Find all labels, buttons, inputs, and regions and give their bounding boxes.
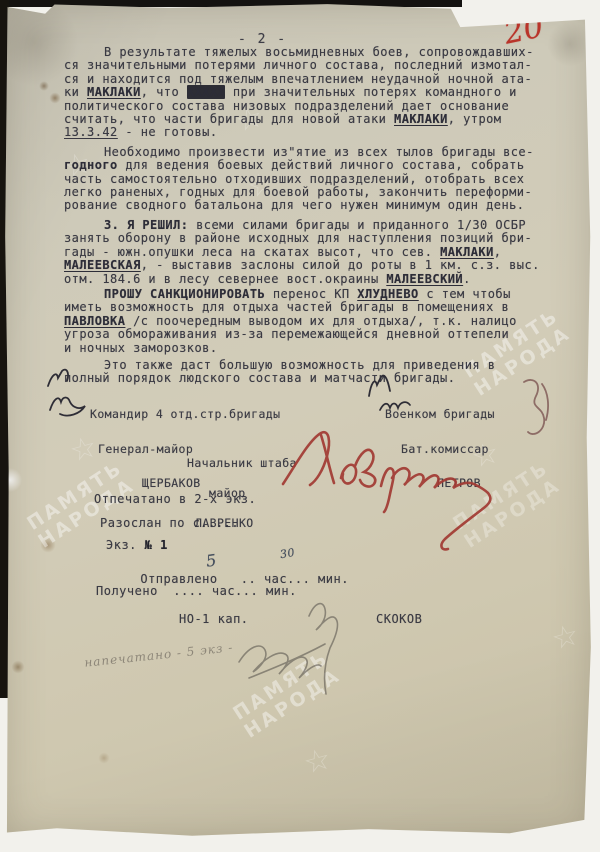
text-segment: рование сводного батальона для чего нуже… [64,198,524,212]
text-segment: , утром [448,112,502,126]
paragraph: 3. Я РЕШИЛ: всеми силами бригады и прида… [64,219,550,286]
text-segment: - не готовы. [118,125,218,139]
paragraph: В результате тяжелых восьмидневных боев,… [64,46,550,140]
typed-line: отм. 184.6 и в лесу севернее вост.окраин… [64,273,550,286]
text-segment: МАКЛАКИ [394,112,448,126]
typed-line: угроза обмораживания из-за перемежающейс… [64,328,550,341]
text-segment: Необходимо произвести из"ятие из всех ты… [104,145,534,159]
received-time-line: Получено .... час... мин. [96,584,297,598]
text-segment: отм. 184.6 и в лесу севернее вост.окраин… [64,272,386,286]
text-segment: угроза обмораживания из-за перемежающейс… [64,327,509,341]
text-segment: при значительных потерях командного и [225,85,517,99]
typed-line: 3. Я РЕШИЛ: всеми силами бригады и прида… [64,219,550,232]
text-segment: МАКЛАКИ [440,245,494,259]
typed-line: политического состава низовых подразделе… [64,100,550,113]
typed-line: МАЛЕЕВСКАЯ, - выставив заслоны силой до … [64,259,550,272]
text-segment: годного [64,158,118,172]
text-segment: МАЛЕЕВСКИЙ [386,272,463,286]
text-segment: /с поочередным выводом их для отдыха/, т… [125,314,516,328]
typed-line: годного для ведения боевых действий личн… [64,159,550,172]
typed-line: легко раненых, годных для боевой работы,… [64,186,550,199]
typed-line: занять оборону в районе исходных для нас… [64,232,550,245]
typed-line: ПАВЛОВКА /с поочередным выводом их для о… [64,315,550,328]
typed-line: Это также даст большую возможность для п… [64,359,550,372]
text-segment: ПАВЛОВКА [64,314,125,328]
ink-checkmark-commissar [366,374,416,418]
typed-line: ки МАКЛАКИ, что XXXXX при значительных п… [64,86,550,99]
text-segment: перенос КП [265,287,357,301]
printed-copies-line: Отпечатано в 2-х экз. [94,492,256,506]
typed-line: считать, что части бригады для новой ата… [64,113,550,126]
text-segment: ся значительными потерями личного состав… [64,58,532,72]
typed-line: ся и находится под тяжелым впечатлением … [64,73,550,86]
redacted-text: XXXXX [187,85,225,99]
text-segment: гады - южн.опушки леса на скатах высот, … [64,245,440,259]
distributed-line: Разослан по с..... [100,516,239,530]
paragraph: ПРОШУ САНКЦИОНИРОВАТЬ перенос КП ХЛУДНЕВ… [64,288,550,355]
star-watermark-icon: ☆ [300,741,335,782]
text-segment: , что [141,85,187,99]
commander-title: Командир 4 отд.стр.бригады [90,409,280,421]
typed-line: ся значительными потерями личного состав… [64,59,550,72]
red-signature-lavrenko [279,422,519,562]
text-segment: для ведения боевых действий личного сост… [118,158,525,172]
text-segment: В результате тяжелых восьмидневных боев,… [104,45,534,59]
copy-number-value: № 1 [145,538,168,552]
pencil-note: напечатано - 5 экз - [84,640,234,670]
ink-mark-petrov [512,376,560,444]
paragraph: Это также даст большую возможность для п… [64,359,550,386]
text-segment: ХЛУДНЕВО [357,287,418,301]
text-segment: политического состава низовых подразделе… [64,99,509,113]
typed-line: иметь возможность для отдыха частей бриг… [64,301,550,314]
text-segment: и ночных заморозков. [64,341,218,355]
star-watermark-icon: ☆ [548,617,583,658]
copy-number-line: Экз. № 1 [106,538,168,552]
text-segment: всеми силами бригады и приданного 1/30 О… [188,218,526,232]
text-segment: МАЛЕЕВСКАЯ [64,258,141,272]
text-segment: . [463,272,471,286]
text-segment: ПРОШУ САНКЦИОНИРОВАТЬ [104,287,265,301]
text-segment: иметь возможность для отдыха частей бриг… [64,300,509,314]
typed-line: и ночных заморозков. [64,342,550,355]
paragraph: Необходимо произвести из"ятие из всех ты… [64,146,550,213]
text-segment: МАКЛАКИ [87,85,141,99]
pencil-signature [229,600,379,705]
typed-line: часть самостоятельно отходивших подразде… [64,173,550,186]
text-segment: ся и находится под тяжелым впечатлением … [64,72,532,86]
typed-line: гады - южн.опушки леса на скатах высот, … [64,246,550,259]
typed-line: Необходимо произвести из"ятие из всех ты… [64,146,550,159]
text-segment: с тем чтобы [419,287,511,301]
document-page: ПАМЯТЬ НАРОДА ПАМЯТЬ НАРОДА ПАМЯТЬ НАРОД… [4,2,592,840]
text-segment: Это также даст большую возможность для п… [104,358,495,372]
duty-officer-name: СКОКОВ [376,612,422,626]
text-segment: часть самостоятельно отходивших подразде… [64,172,524,186]
text-segment: , - выставив заслоны силой до роты в 1 к… [141,258,540,272]
text-segment: 3. Я РЕШИЛ: [104,218,188,232]
typed-paragraphs: В результате тяжелых восьмидневных боев,… [64,46,550,392]
typed-line: рование сводного батальона для чего нуже… [64,199,550,212]
text-segment: 13.3.42 [64,125,118,139]
text-segment: ки [64,85,87,99]
typed-line: 13.3.42 - не готовы. [64,126,550,139]
typed-line: полный порядок людского состава и матчас… [64,372,550,385]
scanned-document: ПАМЯТЬ НАРОДА ПАМЯТЬ НАРОДА ПАМЯТЬ НАРОД… [0,0,600,852]
typed-line: В результате тяжелых восьмидневных боев,… [64,46,550,59]
text-segment: считать, что части бригады для новой ата… [64,112,394,126]
ink-checkmark-commander [44,368,90,420]
typed-line: ПРОШУ САНКЦИОНИРОВАТЬ перенос КП ХЛУДНЕВ… [64,288,550,301]
handwritten-sent-hour: 5 [205,550,218,570]
text-segment: , [494,245,502,259]
handwritten-sent-minutes: 30 [279,546,296,561]
text-segment: легко раненых, годных для боевой работы,… [64,185,532,199]
text-segment: занять оборону в районе исходных для нас… [64,231,532,245]
